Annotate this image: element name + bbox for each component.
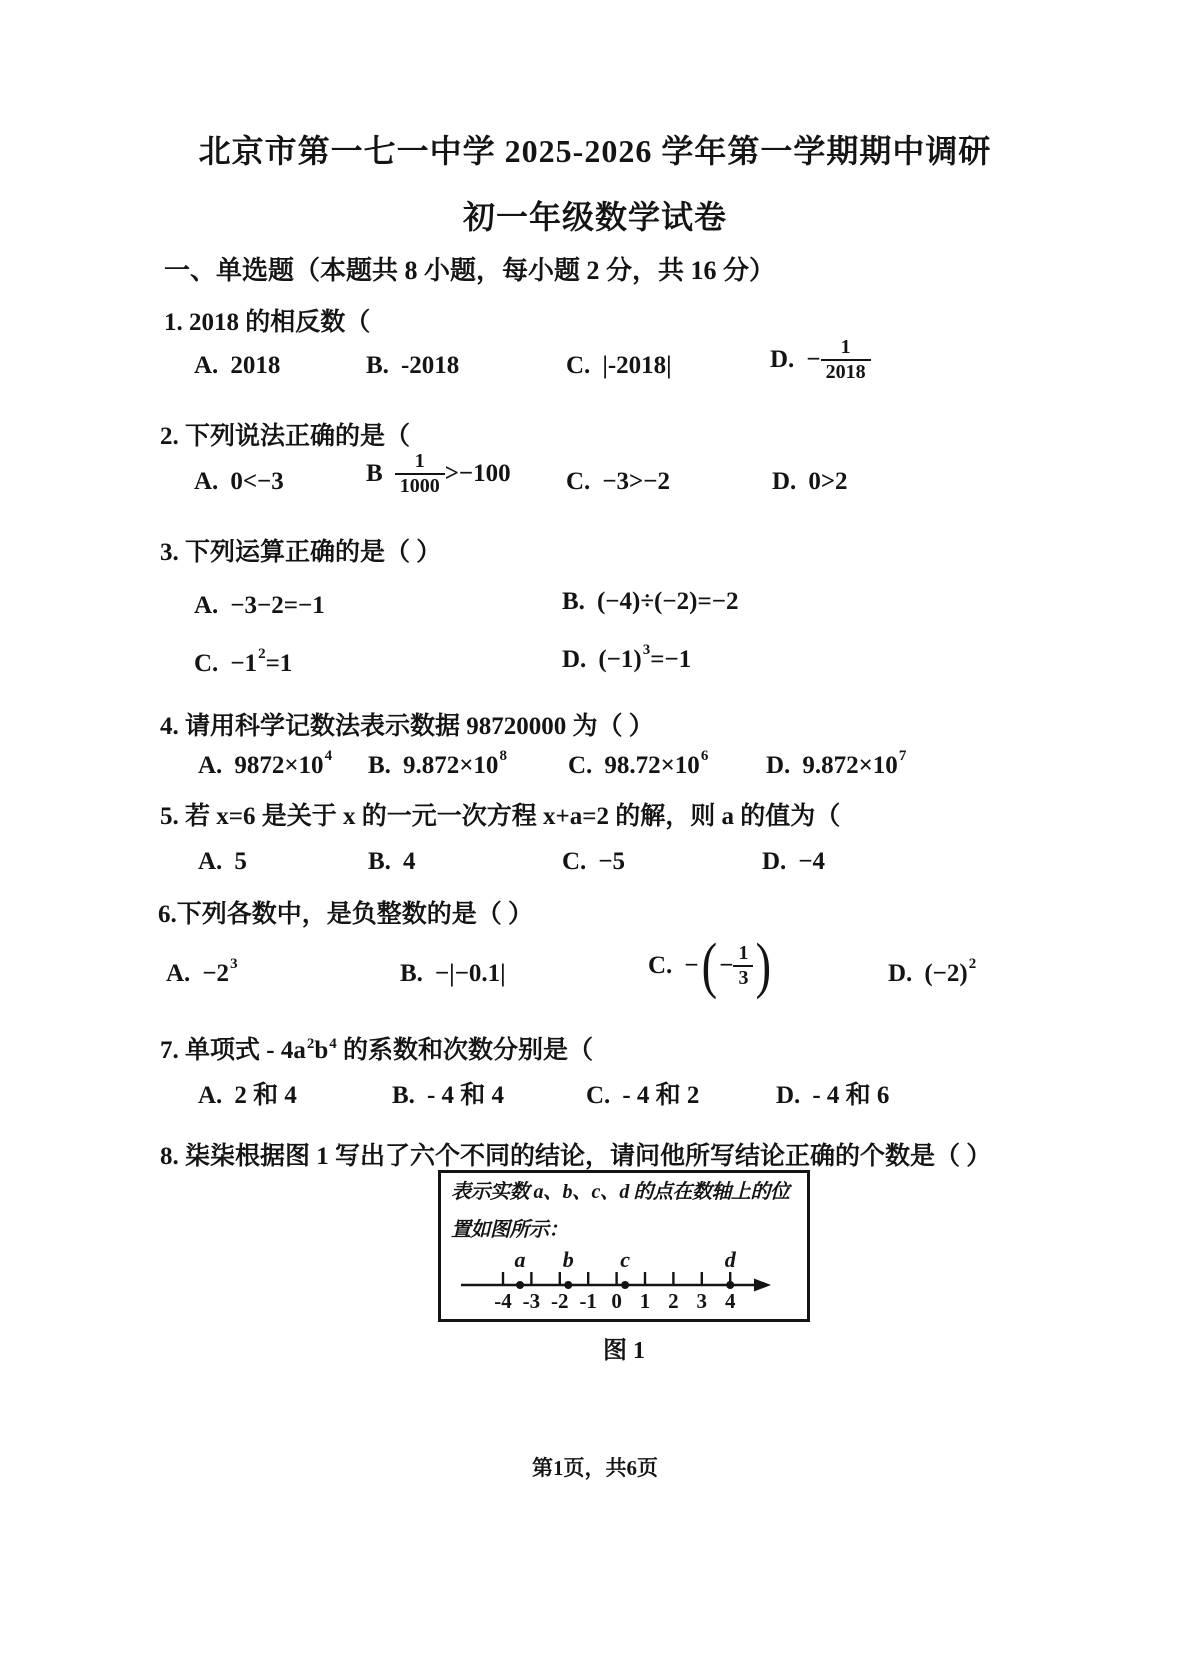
- q2-option-d: D. 0>2: [772, 468, 848, 496]
- q7-option-c-text: - 4 和 2: [622, 1082, 699, 1110]
- q6-option-c-fraction: 1 3: [733, 942, 753, 990]
- q1-option-d-fraction: 1 2018: [821, 336, 871, 384]
- q2-option-c-label: C.: [566, 468, 590, 496]
- q1-option-d-label: D.: [770, 346, 794, 374]
- q5-option-b-text: 4: [403, 848, 416, 876]
- q6-option-a-exponent: 3: [230, 956, 238, 973]
- q2-option-c-text: −3>−2: [602, 468, 670, 496]
- close-paren: ): [756, 938, 771, 994]
- q4-option-d-base: 9.872×10: [802, 752, 898, 780]
- q4-option-c-exponent: 6: [701, 748, 709, 765]
- q4-option-d: D. 9.872×10 7: [766, 752, 906, 780]
- q7-option-c: C. - 4 和 2: [586, 1082, 699, 1110]
- q6-option-a: A. −2 3: [166, 960, 238, 988]
- point-letter-labels: a b c d: [515, 1251, 737, 1272]
- q7-option-b: B. - 4 和 4: [392, 1082, 504, 1110]
- q4-option-c-base: 98.72×10: [604, 752, 700, 780]
- q5-option-c-text: −5: [598, 848, 625, 876]
- q6-option-c-minus: −: [684, 952, 698, 980]
- q6-option-d-base: (−2): [924, 960, 967, 988]
- q5-option-a: A. 5: [198, 848, 247, 876]
- axis-arrow-icon: [754, 1279, 771, 1292]
- q3-option-a-label: A.: [194, 592, 218, 620]
- q3-option-c: C. −1 2 =1: [194, 650, 292, 678]
- q5-option-d-label: D.: [762, 848, 786, 876]
- section-heading: 一、单选题（本题共 8 小题，每小题 2 分，共 16 分）: [164, 250, 775, 287]
- q4-option-b-label: B.: [368, 752, 391, 780]
- q2-option-a-text: 0<−3: [230, 468, 284, 496]
- point-d-label: d: [725, 1251, 737, 1272]
- q1-option-d-minus: −: [806, 346, 820, 374]
- q1-option-c-text: |-2018|: [602, 352, 671, 380]
- q7-option-a: A. 2 和 4: [198, 1082, 297, 1110]
- q6-option-b: B. −|−0.1|: [400, 960, 506, 988]
- q6-option-b-label: B.: [400, 960, 423, 988]
- point-b-dot: [564, 1281, 572, 1289]
- q3-option-b: B. (−4)÷(−2)=−2: [562, 588, 738, 616]
- q6-option-d-exponent: 2: [969, 956, 977, 973]
- q4-option-a-exponent: 4: [325, 748, 333, 765]
- q6-option-d-label: D.: [888, 960, 912, 988]
- q4-option-d-label: D.: [766, 752, 790, 780]
- question-8-stem: 8. 柒柒根据图 1 写出了六个不同的结论，请问他所写结论正确的个数是（ ）: [160, 1136, 991, 1172]
- q4-option-b-exponent: 8: [499, 748, 507, 765]
- q6-option-a-label: A.: [166, 960, 190, 988]
- q3-option-b-label: B.: [562, 588, 585, 616]
- q7-option-a-text: 2 和 4: [234, 1082, 297, 1110]
- tick-label: 2: [668, 1289, 679, 1313]
- q1-option-c-label: C.: [566, 352, 590, 380]
- q1-option-a: A. 2018: [194, 352, 280, 380]
- tick-label: -3: [523, 1289, 541, 1313]
- q2-option-c: C. −3>−2: [566, 468, 670, 496]
- fraction-numerator: 1: [821, 336, 871, 361]
- point-c-dot: [621, 1281, 629, 1289]
- figure-caption: 图 1: [438, 1330, 810, 1365]
- q3-option-c-post: =1: [266, 650, 293, 678]
- fraction-denominator: 2018: [821, 361, 871, 384]
- q6-option-b-text: −|−0.1|: [435, 960, 506, 988]
- fraction-denominator: 1000: [395, 475, 445, 498]
- point-c-label: c: [620, 1251, 630, 1272]
- q3-option-c-label: C.: [194, 650, 218, 678]
- q6-option-c-inner-minus: −: [719, 952, 733, 980]
- q3-option-c-pre: −1: [230, 650, 257, 678]
- q2-option-d-label: D.: [772, 468, 796, 496]
- q1-option-a-label: A.: [194, 352, 218, 380]
- figure-text-line-1: 表示实数 a、b、c、d 的点在数轴上的位: [451, 1175, 789, 1204]
- q4-option-c-label: C.: [568, 752, 592, 780]
- q7-stem-exponent-1: 2: [307, 1036, 315, 1052]
- point-a-label: a: [515, 1251, 526, 1272]
- q7-option-d-label: D.: [776, 1082, 800, 1110]
- q3-option-a: A. −3−2=−1: [194, 592, 325, 620]
- q7-option-c-label: C.: [586, 1082, 610, 1110]
- q4-option-a-label: A.: [198, 752, 222, 780]
- q6-option-c-label: C.: [648, 952, 672, 980]
- axis-ticks: [503, 1272, 730, 1285]
- tick-label: -4: [494, 1289, 512, 1313]
- q7-option-b-label: B.: [392, 1082, 415, 1110]
- q2-option-b: B 1 1000 >−100: [366, 450, 511, 498]
- q2-option-b-text: >−100: [445, 460, 511, 488]
- tick-label: 1: [640, 1289, 651, 1313]
- q3-option-d: D. (−1) 3 =−1: [562, 646, 691, 674]
- q7-option-d: D. - 4 和 6: [776, 1082, 889, 1110]
- q7-stem-mid: b: [314, 1037, 328, 1064]
- q7-option-b-text: - 4 和 4: [427, 1082, 504, 1110]
- q7-stem-exponent-2: 4: [329, 1036, 337, 1052]
- fraction-numerator: 1: [733, 942, 753, 967]
- point-a-dot: [516, 1281, 524, 1289]
- q1-option-b-label: B.: [366, 352, 389, 380]
- axis-tick-labels: -4 -3 -2 -1 0 1 2 3 4: [494, 1289, 736, 1313]
- q3-option-c-exponent: 2: [258, 646, 266, 663]
- open-paren: (: [701, 938, 716, 994]
- q4-option-d-exponent: 7: [899, 748, 907, 765]
- q5-option-b: B. 4: [368, 848, 415, 876]
- q4-option-a: A. 9872×10 4: [198, 752, 332, 780]
- page-title-line-2: 初一年级数学试卷: [0, 192, 1190, 238]
- q1-option-d: D. − 1 2018: [770, 336, 871, 384]
- q3-option-d-post: =−1: [650, 646, 691, 674]
- q5-option-d: D. −4: [762, 848, 825, 876]
- q1-option-b: B. -2018: [366, 352, 459, 380]
- q6-option-d: D. (−2) 2: [888, 960, 976, 988]
- q3-option-d-pre: (−1): [598, 646, 641, 674]
- q7-stem-pre: 7. 单项式 - 4a: [160, 1037, 306, 1064]
- q3-option-d-label: D.: [562, 646, 586, 674]
- q5-option-d-text: −4: [798, 848, 825, 876]
- q5-option-b-label: B.: [368, 848, 391, 876]
- question-2-stem: 2. 下列说法正确的是（: [160, 416, 410, 452]
- tick-label: -2: [551, 1289, 569, 1313]
- q2-option-a-label: A.: [194, 468, 218, 496]
- point-b-label: b: [563, 1251, 574, 1272]
- fraction-denominator: 3: [733, 967, 753, 990]
- q2-option-a: A. 0<−3: [194, 468, 284, 496]
- q5-option-c-label: C.: [562, 848, 586, 876]
- q2-option-b-fraction: 1 1000: [395, 450, 445, 498]
- fraction-numerator: 1: [395, 450, 445, 475]
- q4-option-b-base: 9.872×10: [403, 752, 499, 780]
- q1-option-b-text: -2018: [401, 352, 459, 380]
- question-7-stem: 7. 单项式 - 4a2b4 的系数和次数分别是（: [160, 1030, 593, 1066]
- q4-option-a-base: 9872×10: [234, 752, 323, 780]
- q1-option-c: C. |-2018|: [566, 352, 672, 380]
- tick-label: 4: [725, 1289, 736, 1313]
- q5-option-a-text: 5: [234, 848, 247, 876]
- q2-option-b-label: B: [366, 460, 383, 488]
- point-d-dot: [726, 1281, 734, 1289]
- q3-option-b-text: (−4)÷(−2)=−2: [597, 588, 739, 616]
- q1-option-a-text: 2018: [230, 352, 280, 380]
- question-4-stem: 4. 请用科学记数法表示数据 98720000 为（ ）: [160, 706, 654, 742]
- q7-option-a-label: A.: [198, 1082, 222, 1110]
- q4-option-c: C. 98.72×10 6: [568, 752, 708, 780]
- page-title-line-1: 北京市第一七一中学 2025-2026 学年第一学期期中调研: [0, 126, 1190, 172]
- q5-option-a-label: A.: [198, 848, 222, 876]
- tick-label: 0: [611, 1289, 622, 1313]
- q4-option-b: B. 9.872×10 8: [368, 752, 507, 780]
- q3-option-a-text: −3−2=−1: [230, 592, 324, 620]
- tick-label: 3: [697, 1289, 708, 1313]
- page-footer: 第1页，共6页: [0, 1452, 1190, 1482]
- q7-stem-post: 的系数和次数分别是（: [337, 1037, 593, 1064]
- question-3-stem: 3. 下列运算正确的是（ ）: [160, 532, 441, 568]
- q5-option-c: C. −5: [562, 848, 625, 876]
- number-line-figure: -4 -3 -2 -1 0 1 2 3 4 a b c d: [441, 1251, 807, 1319]
- figure-1-box: 表示实数 a、b、c、d 的点在数轴上的位 置如图所示： -4 -3: [438, 1170, 810, 1322]
- question-5-stem: 5. 若 x=6 是关于 x 的一元一次方程 x+a=2 的解，则 a 的值为（: [160, 796, 840, 832]
- figure-text-line-2: 置如图所示：: [451, 1213, 568, 1242]
- q6-option-c: C. − ( − 1 3 ): [648, 938, 774, 994]
- q7-option-d-text: - 4 和 6: [812, 1082, 889, 1110]
- question-1-stem: 1. 2018 的相反数（: [164, 302, 370, 338]
- question-6-stem: 6.下列各数中，是负整数的是（ ）: [158, 894, 533, 930]
- exam-page: 北京市第一七一中学 2025-2026 学年第一学期期中调研 初一年级数学试卷 …: [0, 0, 1190, 1678]
- q2-option-d-text: 0>2: [808, 468, 847, 496]
- q6-option-a-base: −2: [202, 960, 229, 988]
- q3-option-d-exponent: 3: [643, 642, 651, 659]
- tick-label: -1: [579, 1289, 597, 1313]
